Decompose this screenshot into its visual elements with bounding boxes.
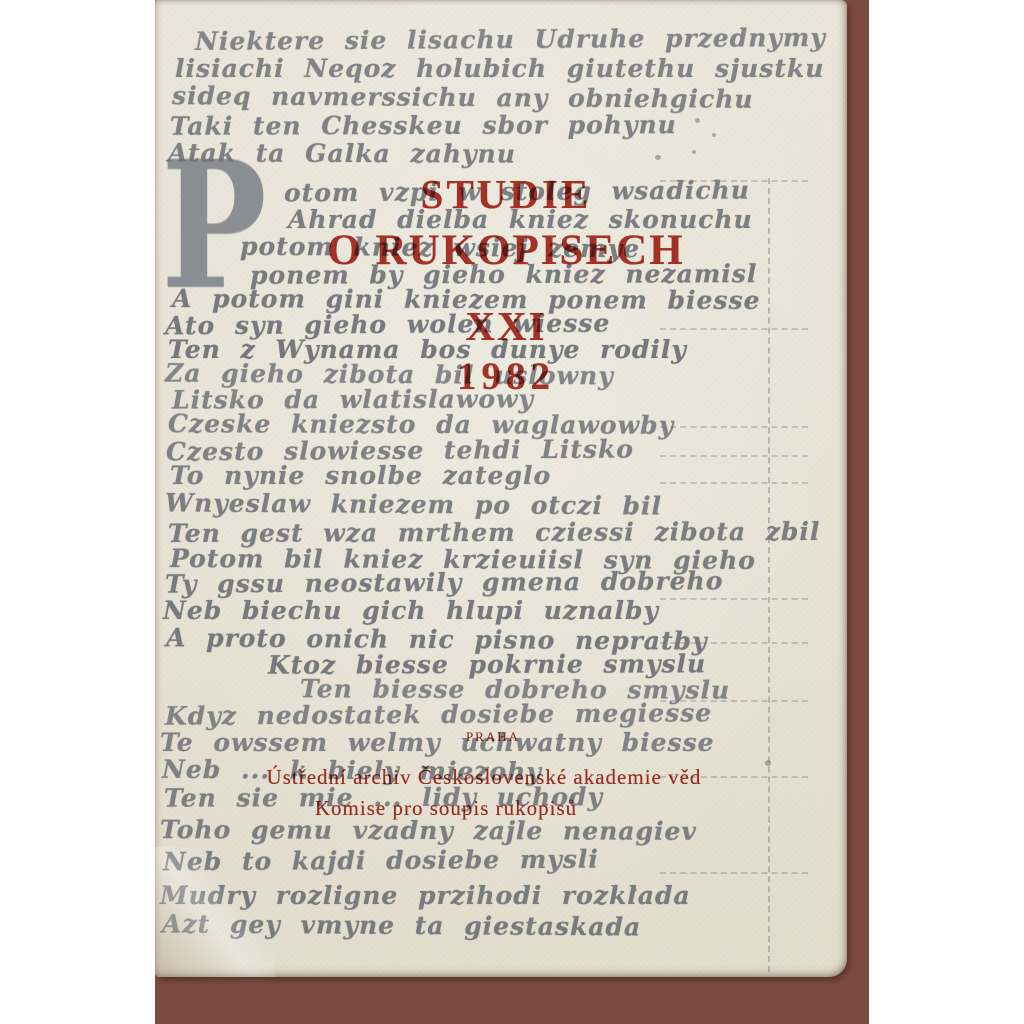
ruling-vertical-line <box>768 178 770 972</box>
imprint-committee: Komise pro soupis rukopisů <box>155 796 792 821</box>
foxing-speck <box>692 150 696 154</box>
foxing-speck <box>712 133 716 137</box>
series-title: STUDIE <box>160 170 847 218</box>
manuscript-line: Azt gey vmyne ta giestaskada <box>162 910 641 941</box>
manuscript-line: Ty gssu neostawily gmena dobreho <box>165 567 724 599</box>
publication-year: 1982 <box>160 354 847 399</box>
ruling-horizontal-line <box>660 455 808 457</box>
manuscript-line: To nynie snolbe zateglo <box>170 462 551 490</box>
scan-canvas: P Niektere sie lisachu Udruhe przednymyl… <box>0 0 1024 1024</box>
manuscript-line: Neb biechu gich hlupi uznalby <box>163 597 659 625</box>
manuscript-line: lisiachi Neqoz holubich giutethu sjustku <box>175 55 824 83</box>
foxing-speck <box>633 888 637 892</box>
manuscript-line: sideq navmerssichu any obniehgichu <box>172 82 754 114</box>
ruling-horizontal-line <box>660 426 808 428</box>
manuscript-line: Kdyz nedostatek dosiebe megiesse <box>165 699 712 730</box>
manuscript-line: Taki ten Chesskeu sbor pohynu <box>170 111 677 141</box>
foxing-speck <box>695 118 700 123</box>
book-cover: P Niektere sie lisachu Udruhe przednymyl… <box>155 0 847 977</box>
manuscript-line: Mudry rozligne przihodi rozklada <box>160 882 691 910</box>
ruling-horizontal-line <box>660 872 808 874</box>
imprint-publisher: Ústřední archiv Československé akademie … <box>155 765 830 790</box>
ruling-horizontal-line <box>660 598 808 600</box>
series-subtitle: O RUKOPISECH <box>160 226 847 275</box>
foxing-speck <box>655 155 661 160</box>
manuscript-line: Wnyeslaw kniezem po otczi bil <box>165 489 662 520</box>
foxing-speck <box>765 760 771 766</box>
volume-number: XXI <box>160 302 847 350</box>
manuscript-line: Atak ta Galka zahynu <box>168 139 516 168</box>
maroon-backdrop: P Niektere sie lisachu Udruhe przednymyl… <box>155 0 869 1024</box>
ruling-horizontal-line <box>660 482 808 484</box>
imprint-city: PRAHA <box>155 729 839 745</box>
manuscript-line: Niektere sie lisachu Udruhe przednymy <box>195 24 826 56</box>
manuscript-line: Neb to kajdi dosiebe mysli <box>163 846 599 877</box>
